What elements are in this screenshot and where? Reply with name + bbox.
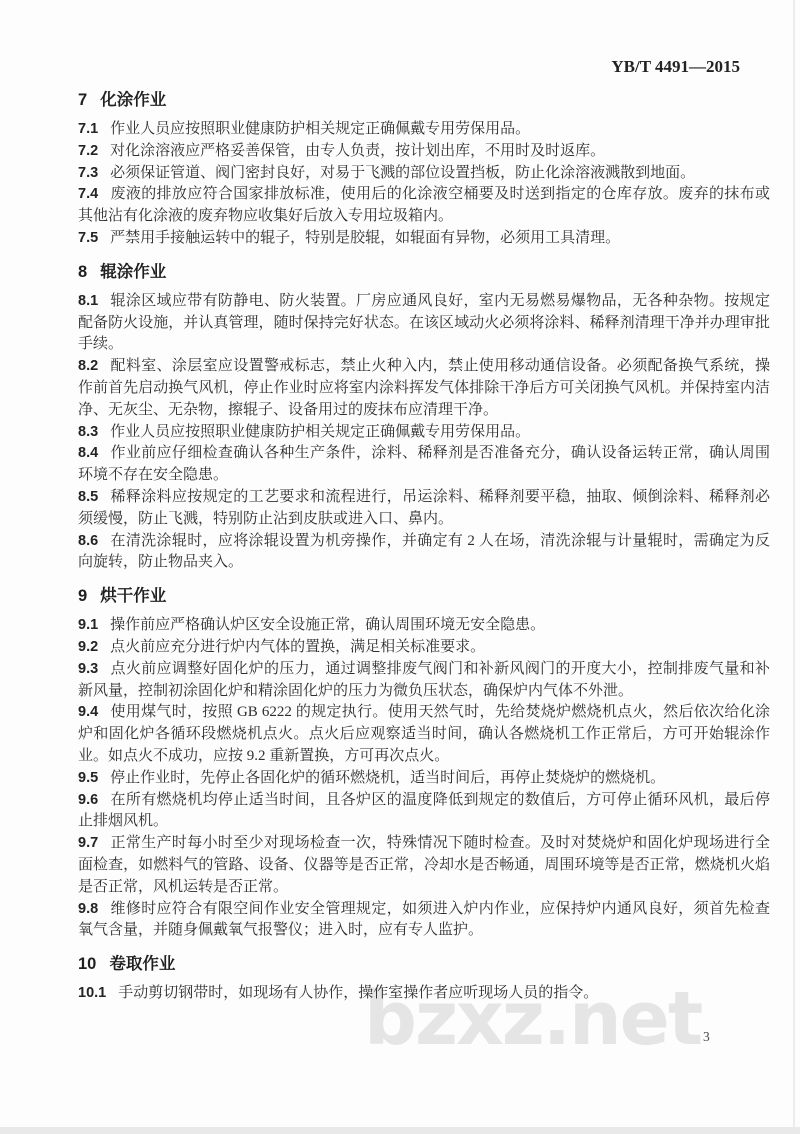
clause-8.4: 8.4作业前应仔细检查确认各种生产条件，涂料、稀释剂是否准备充分，确认设备运转正… (78, 443, 770, 487)
clause-9.2: 9.2点火前应充分进行炉内气体的置换，满足相关标准要求。 (78, 637, 770, 659)
section-number: 7 (78, 91, 100, 109)
clause-7.2: 7.2对化涂溶液应严格妥善保管，由专人负责，按计划出库，不用时及时返库。 (78, 141, 770, 163)
clause-text: 辊涂区域应带有防静电、防火装置。厂房应通风良好，室内无易燃易爆物品，无各种杂物。… (78, 293, 770, 353)
clause-text: 严禁用手接触运转中的辊子，特别是胶辊，如辊面有异物，必须用工具清理。 (110, 230, 620, 246)
section-heading-9: 9烘干作业 (78, 585, 770, 608)
clause-text: 配料室、涂层室应设置警戒标志，禁止火种入内，禁止使用移动通信设备。必须配备换气系… (78, 358, 770, 418)
document-page: bzxz.net YB/T 4491—2015 7化涂作业7.1作业人员应按照职… (0, 0, 800, 1134)
clause-number: 8.1 (78, 293, 110, 309)
clause-7.4: 7.4废液的排放应符合国家排放标准，使用后的化涂液空桶要及时送到指定的仓库存放。… (78, 184, 770, 228)
clause-9.6: 9.6在所有燃烧机均停止适当时间，且各炉区的温度降低到规定的数值后，方可停止循环… (78, 790, 770, 834)
clause-8.3: 8.3作业人员应按照职业健康防护相关规定正确佩戴专用劳保用品。 (78, 422, 770, 444)
section-title: 烘干作业 (100, 587, 166, 605)
clause-text: 废液的排放应符合国家排放标准，使用后的化涂液空桶要及时送到指定的仓库存放。废弃的… (78, 186, 770, 224)
section-heading-8: 8辊涂作业 (78, 261, 770, 284)
standard-code: YB/T 4491—2015 (78, 56, 740, 78)
clause-number: 9.6 (78, 792, 110, 808)
clause-8.1: 8.1辊涂区域应带有防静电、防火装置。厂房应通风良好，室内无易燃易爆物品，无各种… (78, 291, 770, 356)
clause-text: 作业前应仔细检查确认各种生产条件，涂料、稀释剂是否准备充分，确认设备运转正常，确… (78, 445, 770, 483)
clause-9.1: 9.1操作前应严格确认炉区安全设施正常，确认周围环境无安全隐患。 (78, 615, 770, 637)
clause-9.5: 9.5停止作业时，先停止各固化炉的循环燃烧机，适当时间后，再停止焚烧炉的燃烧机。 (78, 768, 770, 790)
clause-number: 9.5 (78, 770, 110, 786)
clause-number: 7.4 (78, 186, 110, 202)
page-edge-bottom (0, 1127, 800, 1134)
clause-text: 在所有燃烧机均停止适当时间，且各炉区的温度降低到规定的数值后，方可停止循环风机，… (78, 792, 770, 830)
clause-8.5: 8.5稀释涂料应按规定的工艺要求和流程进行，吊运涂料、稀释剂要平稳，抽取、倾倒涂… (78, 487, 770, 531)
section-title: 卷取作业 (109, 955, 175, 973)
clause-text: 点火前应充分进行炉内气体的置换，满足相关标准要求。 (110, 639, 485, 655)
section-heading-10: 10卷取作业 (78, 953, 770, 976)
clause-9.4: 9.4使用煤气时，按照 GB 6222 的规定执行。使用天然气时，先给焚烧炉燃烧… (78, 702, 770, 767)
clause-10.1: 10.1手动剪切钢带时，如现场有人协作，操作室操作者应听现场人员的指令。 (78, 983, 770, 1005)
clause-text: 使用煤气时，按照 GB 6222 的规定执行。使用天然气时，先给焚烧炉燃烧机点火… (78, 704, 770, 764)
clause-text: 点火前应调整好固化炉的压力，通过调整排废气阀门和补新风阀门的开度大小，控制排废气… (78, 661, 770, 699)
clause-text: 必须保证管道、阀门密封良好，对易于飞溅的部位设置挡板，防止化涂溶液溅散到地面。 (110, 165, 695, 181)
clause-text: 操作前应严格确认炉区安全设施正常，确认周围环境无安全隐患。 (110, 617, 545, 633)
clause-text: 维修时应符合有限空间作业安全管理规定，如须进入炉内作业，应保持炉内通风良好，须首… (78, 901, 770, 939)
clause-text: 停止作业时，先停止各固化炉的循环燃烧机，适当时间后，再停止焚烧炉的燃烧机。 (110, 770, 665, 786)
clause-text: 对化涂溶液应严格妥善保管，由专人负责，按计划出库，不用时及时返库。 (110, 143, 605, 159)
clause-text: 作业人员应按照职业健康防护相关规定正确佩戴专用劳保用品。 (110, 424, 530, 440)
section-number: 9 (78, 587, 100, 605)
clause-number: 7.3 (78, 165, 110, 181)
page-edge-right (793, 0, 795, 1134)
clause-text: 正常生产时每小时至少对现场检查一次，特殊情况下随时检查。及时对焚烧炉和固化炉现场… (78, 835, 770, 895)
clause-number: 7.5 (78, 230, 110, 246)
clause-number: 8.3 (78, 424, 110, 440)
section-number: 8 (78, 263, 100, 281)
clause-text: 作业人员应按照职业健康防护相关规定正确佩戴专用劳保用品。 (110, 121, 530, 137)
section-title: 化涂作业 (100, 91, 166, 109)
section-number: 10 (78, 955, 109, 973)
page-content: YB/T 4491—2015 7化涂作业7.1作业人员应按照职业健康防护相关规定… (78, 0, 770, 1005)
clause-8.6: 8.6在清洗涂辊时，应将涂辊设置为机旁操作，并确定有 2 人在场，清洗涂辊与计量… (78, 531, 770, 575)
clause-text: 在清洗涂辊时，应将涂辊设置为机旁操作，并确定有 2 人在场，清洗涂辊与计量辊时，… (78, 533, 770, 571)
clause-number: 9.2 (78, 639, 110, 655)
clause-number: 9.1 (78, 617, 110, 633)
document-body: 7化涂作业7.1作业人员应按照职业健康防护相关规定正确佩戴专用劳保用品。7.2对… (78, 89, 770, 1005)
clause-text: 手动剪切钢带时，如现场有人协作，操作室操作者应听现场人员的指令。 (118, 985, 598, 1001)
page-number: 3 (703, 1029, 710, 1045)
clause-number: 9.3 (78, 661, 110, 677)
clause-number: 9.8 (78, 901, 110, 917)
clause-9.8: 9.8维修时应符合有限空间作业安全管理规定，如须进入炉内作业，应保持炉内通风良好… (78, 899, 770, 943)
clause-number: 8.5 (78, 489, 110, 505)
clause-text: 稀释涂料应按规定的工艺要求和流程进行，吊运涂料、稀释剂要平稳，抽取、倾倒涂料、稀… (78, 489, 770, 527)
clause-number: 7.1 (78, 121, 110, 137)
clause-8.2: 8.2配料室、涂层室应设置警戒标志，禁止火种入内，禁止使用移动通信设备。必须配备… (78, 356, 770, 421)
clause-7.3: 7.3必须保证管道、阀门密封良好，对易于飞溅的部位设置挡板，防止化涂溶液溅散到地… (78, 163, 770, 185)
clause-number: 10.1 (78, 985, 118, 1001)
clause-9.3: 9.3点火前应调整好固化炉的压力，通过调整排废气阀门和补新风阀门的开度大小，控制… (78, 659, 770, 703)
clause-7.1: 7.1作业人员应按照职业健康防护相关规定正确佩戴专用劳保用品。 (78, 119, 770, 141)
section-heading-7: 7化涂作业 (78, 89, 770, 112)
clause-number: 9.4 (78, 704, 110, 720)
clause-9.7: 9.7正常生产时每小时至少对现场检查一次，特殊情况下随时检查。及时对焚烧炉和固化… (78, 833, 770, 898)
clause-number: 8.6 (78, 533, 110, 549)
section-title: 辊涂作业 (100, 263, 166, 281)
clause-7.5: 7.5严禁用手接触运转中的辊子，特别是胶辊，如辊面有异物，必须用工具清理。 (78, 228, 770, 250)
clause-number: 8.4 (78, 445, 110, 461)
clause-number: 8.2 (78, 358, 110, 374)
clause-number: 9.7 (78, 835, 110, 851)
clause-number: 7.2 (78, 143, 110, 159)
